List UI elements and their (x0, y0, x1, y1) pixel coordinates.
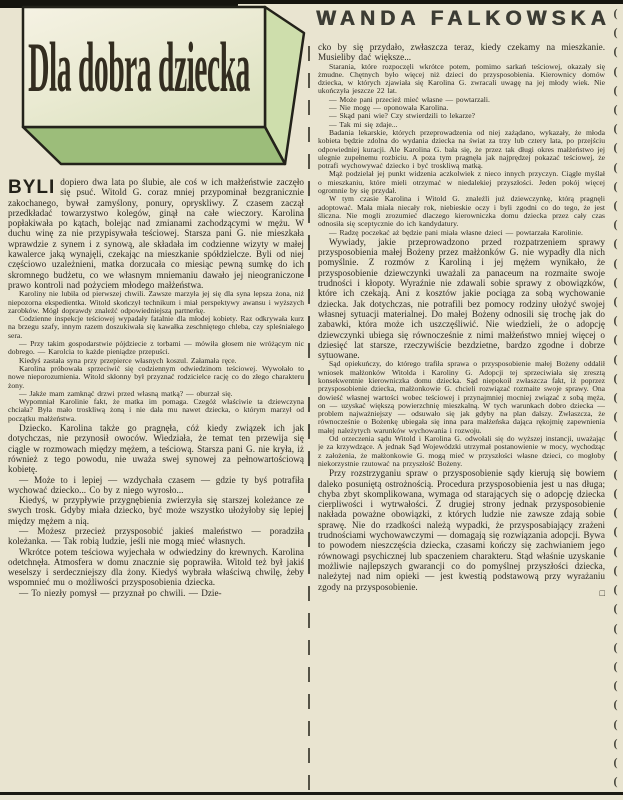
paragraph: Od orzeczenia sądu Witold i Karolina G. … (318, 435, 605, 468)
paragraph: — Możesz przecież przysposobić jakieś ma… (8, 526, 304, 547)
paragraph-text: — To niezły pomysł — przyznał po chwili.… (19, 588, 222, 598)
right-column: cko by się przydało, zwłaszcza teraz, ki… (318, 42, 605, 792)
paragraph-text: Od orzeczenia sądu Witold i Karolina G. … (318, 434, 605, 468)
column-divider (308, 46, 310, 790)
paragraph-text: Badania lekarskie, których przeprowadzen… (318, 128, 605, 170)
paragraph-text: — Przy takim gospodarstwie pójdziecie z … (8, 339, 304, 356)
binding-mark: ( (609, 119, 622, 138)
paragraph-text: Codzienne inspekcje teściowej wypadały f… (8, 314, 304, 340)
paragraph-text: Wywiady, jakie przeprowadzono przed rozp… (318, 237, 605, 360)
binding-mark: ( (609, 715, 622, 734)
binding-mark: ( (609, 292, 622, 311)
paragraph-text: Sąd opiekuńczy, do którego trafiła spraw… (318, 359, 605, 434)
paragraph: cko by się przydało, zwłaszcza teraz, ki… (318, 42, 605, 63)
paragraph: — To niezły pomysł — przyznał po chwili.… (8, 588, 304, 598)
title-box: Dla dobra dziecka (8, 2, 310, 174)
binding-mark: ( (609, 311, 622, 330)
binding-mark: ( (609, 695, 622, 714)
binding-mark: ( (609, 542, 622, 561)
binding-mark: ( (609, 619, 622, 638)
binding-marks: ((((((((((((((((((((((((((((((((((((((((… (609, 4, 622, 796)
paragraph-text: — Może to i lepiej — wzdychała czasem — … (8, 475, 304, 495)
paragraph: Przy rozstrzyganiu spraw o przysposobien… (318, 468, 605, 592)
binding-mark: ( (609, 522, 622, 541)
paragraph-text: Wypomniał Karolinie fakt, że matka im po… (8, 397, 304, 423)
paragraph-text: Karoliny nie lubiła od pierwszej chwili.… (8, 289, 304, 315)
binding-mark: ( (609, 484, 622, 503)
binding-mark: ( (609, 273, 622, 292)
binding-mark: ( (609, 4, 622, 23)
binding-mark: ( (609, 42, 622, 61)
binding-mark: ( (609, 772, 622, 791)
binding-mark: ( (609, 599, 622, 618)
binding-mark: ( (609, 177, 622, 196)
binding-mark: ( (609, 158, 622, 177)
article-title: Dla dobra dziecka (74, 13, 204, 121)
paragraph: Kiedyś, w przypływie przygnębienia zwier… (8, 495, 304, 526)
paragraph-text: Przy rozstrzyganiu spraw o przysposobien… (318, 468, 605, 591)
binding-mark: ( (609, 426, 622, 445)
binding-mark: ( (609, 503, 622, 522)
paragraph-text: Wkrótce potem teściowa wyjechała w odwie… (8, 547, 304, 588)
binding-mark: ( (609, 407, 622, 426)
paragraph: W tym czasie Karolina i Witold G. znaleź… (318, 195, 605, 228)
binding-mark: ( (609, 657, 622, 676)
left-column: BYLIdopiero dwa lata po ślubie, ale coś … (8, 177, 304, 791)
paragraph-text: — Radzę poczekać aż będzie pani miała wł… (329, 228, 583, 237)
binding-mark: ( (609, 446, 622, 465)
paragraph: Wypomniał Karolinie fakt, że matka im po… (8, 398, 304, 423)
binding-mark: ( (609, 388, 622, 407)
binding-mark: ( (609, 81, 622, 100)
paragraph-text: Mąż podzielał jej punkt widzenia aczkolw… (318, 169, 605, 195)
paragraph-text: — Możesz przecież przysposobić jakieś ma… (8, 526, 304, 546)
paragraph: BYLIdopiero dwa lata po ślubie, ale coś … (8, 177, 304, 290)
binding-mark: ( (609, 561, 622, 580)
binding-mark: ( (609, 753, 622, 772)
paragraph: — Radzę poczekać aż będzie pani miała wł… (318, 229, 605, 237)
binding-mark: ( (609, 215, 622, 234)
paragraph-text: Dziecko. Karolina także go pragnęła, cóż… (8, 423, 304, 474)
paragraph: Starania, które rozpoczęli wkrótce potem… (318, 63, 605, 96)
binding-mark: ( (609, 676, 622, 695)
paragraph: Dziecko. Karolina także go pragnęła, cóż… (8, 423, 304, 474)
binding-mark: ( (609, 350, 622, 369)
paragraph: — Może to i lepiej — wzdychała czasem — … (8, 475, 304, 496)
binding-mark: ( (609, 734, 622, 753)
binding-mark: ( (609, 330, 622, 349)
binding-mark: ( (609, 23, 622, 42)
binding-mark: ( (609, 100, 622, 119)
binding-mark: ( (609, 196, 622, 215)
binding-mark: ( (609, 580, 622, 599)
binding-mark: ( (609, 234, 622, 253)
paragraph-text: Starania, które rozpoczęli wkrótce potem… (318, 62, 605, 96)
binding-mark: ( (609, 138, 622, 157)
author-name: WANDA FALKOWSKA (316, 7, 616, 31)
binding-mark: ( (609, 254, 622, 273)
paragraph: Mąż podzielał jej punkt widzenia aczkolw… (318, 170, 605, 195)
end-of-article-mark: □ (600, 589, 605, 598)
paragraph: Sąd opiekuńczy, do którego trafiła spraw… (318, 360, 605, 435)
paragraph: Karoliny nie lubiła od pierwszej chwili.… (8, 290, 304, 315)
binding-mark: ( (609, 62, 622, 81)
paragraph-text: Kiedyś, w przypływie przygnębienia zwier… (8, 495, 304, 526)
paragraph: Karolina próbowała sprzeciwić się codzie… (8, 365, 304, 390)
box-bottom-face (23, 127, 285, 164)
paragraph: Wywiady, jakie przeprowadzono przed rozp… (318, 237, 605, 361)
paragraph: — Przy takim gospodarstwie pójdziecie z … (8, 340, 304, 357)
paragraph-text: cko by się przydało, zwłaszcza teraz, ki… (318, 42, 605, 62)
bottom-rule (0, 792, 623, 795)
paragraph: Wkrótce potem teściowa wyjechała w odwie… (8, 547, 304, 588)
binding-mark: ( (609, 465, 622, 484)
paragraph: Codzienne inspekcje teściowej wypadały f… (8, 315, 304, 340)
paragraph: Badania lekarskie, których przeprowadzen… (318, 129, 605, 170)
paragraph-text: Karolina próbowała sprzeciwić się codzie… (8, 364, 304, 390)
drop-word: BYLI (8, 177, 60, 196)
binding-mark: ( (609, 638, 622, 657)
paragraph-text: W tym czasie Karolina i Witold G. znaleź… (318, 194, 605, 228)
binding-mark: ( (609, 369, 622, 388)
